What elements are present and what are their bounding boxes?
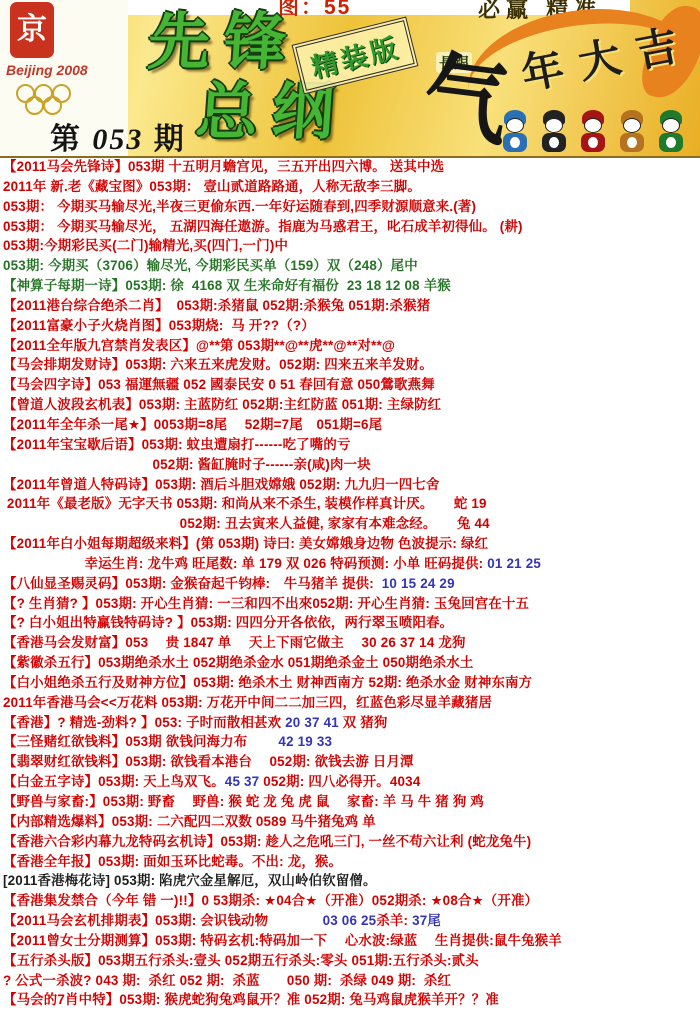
text-line: 【马会四字诗】053 福運無疆 052 國泰民安 0 51 春回有意 050鶯歌… [3, 375, 700, 395]
text-segment: 052期: 四八必得开。4034 [263, 774, 420, 789]
text-segment: 双 猪狗 [339, 715, 388, 730]
text-segment: 20 37 41 [285, 715, 339, 730]
masthead-banner: 京 Beijing 2008 图：55 必赢 精准 先锋 总纲 第 053 期 … [0, 0, 700, 158]
mascot-body [581, 133, 605, 152]
text-segment: 【马会排期发财诗】053期: 六来五来虎发财。052期: 四来五来羊发财。 [3, 357, 433, 372]
text-line: 【2011年宝宝歇后语】053期: 蚊虫遭扇打------吃了嘴的亏 [3, 435, 700, 455]
issue-suffix: 期 [154, 123, 186, 156]
text-segment: 【神算子每期一诗】053期: 徐 4168 双 生来命好有福份 23 18 12… [3, 278, 451, 293]
text-segment: ? 公式一杀波? 043 期: 杀红 052 期: 杀蓝 050 期: 杀绿 0… [3, 973, 451, 988]
text-line: 2011年香港马会<<万花料 053期: 万花开中间二二加三四，红蓝色彩尽显羊藏… [3, 693, 700, 713]
lottery-tip-sheet: 京 Beijing 2008 图：55 必赢 精准 先锋 总纲 第 053 期 … [0, 0, 700, 1017]
text-line: 【2011港台综合绝杀二肖】 053期:杀猪鼠 052期:杀猴兔 051期:杀猴… [3, 296, 700, 316]
text-segment: 【香港集发禁合（今年 错 一)!!】0 53期杀: ★04合★（开准）052期杀… [3, 893, 538, 908]
text-segment: 【五行杀头版】053期五行杀头:壹头 052期五行杀头:零头 051期:五行杀头… [3, 953, 479, 968]
text-line: 052期: 酱缸腌时子------亲(咸)肉一块 [3, 455, 700, 475]
text-line: 2011年《最老版》无字天书 053期: 和尚从来不杀生, 装模作样真计厌。 蛇… [3, 494, 700, 514]
text-segment: 【香港马会发财富】053 贵 1847 单 天上下雨它做主 30 26 37 1… [3, 635, 466, 650]
text-line: 【? 白小姐出特赢钱特码诗? 】053期: 四四分开各依依，两行翠玉喷阳春。 [3, 613, 700, 633]
issue-number: 053 [92, 123, 143, 156]
text-segment: 2011年香港马会<<万花料 053期: 万花开中间二二加三四，红蓝色彩尽显羊藏… [3, 695, 492, 710]
mascot-body [620, 133, 644, 152]
text-segment: 【马会四字诗】053 福運無疆 052 國泰民安 0 51 春回有意 050鶯歌… [3, 377, 435, 392]
text-segment: 杀羊: [376, 913, 412, 928]
text-line: 【香港集发禁合（今年 错 一)!!】0 53期杀: ★04合★（开准）052期杀… [3, 891, 700, 911]
fuwa-orange-mascot [615, 110, 649, 154]
text-segment: 053期:今期彩民买(二门)输精光,买(四门,一门)中 [3, 238, 288, 253]
text-line: 【五行杀头版】053期五行杀头:壹头 052期五行杀头:零头 051期:五行杀头… [3, 951, 700, 971]
text-segment: 053期: 今期买（3706）输尽光, 今期彩民买单（159）双（248）尾中 [3, 258, 418, 273]
text-segment: 【白小姐绝杀五行及财神方位】053期: 绝杀木土 财神西南方 52期: 绝杀水金… [3, 675, 532, 690]
fuwa-blue-mascot [498, 110, 532, 154]
text-segment: 【2011年全年杀一尾★】0053期=8尾 52期=7尾 051期=6尾 [3, 417, 382, 432]
text-segment: 【2011全年版九宫禁肖发表区】@**第 053期**@**虎**@**对**@ [3, 338, 395, 353]
text-line: 【紫徽杀五行】053期绝杀水土 052期绝杀金水 051期绝杀金土 050期绝杀… [3, 653, 700, 673]
text-line: 【2011年全年杀一尾★】0053期=8尾 52期=7尾 051期=6尾 [3, 415, 700, 435]
text-line: 053期： 今期买马输尽光,半夜三更偷东西.一年好运随春到,四季财源顺意来.(著… [3, 197, 700, 217]
text-line: 【2011马会先锋诗】053期 十五明月蟾宫见，三五开出四六博。 送其中选 [3, 157, 700, 177]
text-segment: 【2011曾女士分期测算】053期: 特码玄机:特码加一下 心水波:绿蓝 生肖提… [3, 933, 562, 948]
text-segment: 【三怪赌红欲钱料】053期 欲钱问海力布 [3, 734, 278, 749]
text-line: 【白小姐绝杀五行及财神方位】053期: 绝杀木土 财神西南方 52期: 绝杀水金… [3, 673, 700, 693]
text-line: 【野兽与家畜:】053期: 野畜 野兽: 猴 蛇 龙 兔 虎 鼠 家畜: 羊 马… [3, 792, 700, 812]
text-line: 【内部精选爆料】053期: 二六配四二双数 0589 马牛猪兔鸡 单 [3, 812, 700, 832]
text-line: 【2011富豪小子火烧肖图】053期烧: 马 开??（?） [3, 316, 700, 336]
mascot-body [542, 133, 566, 152]
text-segment: [2011香港梅花诗] 053期: 陷虎穴金星解厄，双山岭伯钦留僧。 [3, 873, 377, 888]
text-segment: 【八仙显圣赐灵码】053期: 金猴奋起千钧棒: 牛马猪羊 提供: [3, 576, 382, 591]
mascot-face [545, 118, 563, 133]
beijing2008-seal-icon: 京 [10, 2, 54, 58]
fuwa-red-mascot [576, 110, 610, 154]
text-segment: 37尾 [412, 913, 441, 928]
masthead-title-line2: 总纲 [194, 82, 350, 144]
tips-text-body: 【2011马会先锋诗】053期 十五明月蟾宫见，三五开出四六博。 送其中选201… [0, 156, 700, 1010]
text-line: 【马会排期发财诗】053期: 六来五来虎发财。052期: 四来五来羊发财。 [3, 355, 700, 375]
text-segment: 【? 生肖猜? 】053期: 开心生肖猜: 一三和四不出來052期: 开心生肖猜… [3, 596, 529, 611]
text-segment: 【香港六合彩内幕九龙特码玄机诗】053期: 趁人之危吼三门, 一丝不苟六让利 (… [3, 834, 531, 849]
text-line: 幸运生肖: 龙牛鸡 旺尾数: 单 179 双 026 特码预测: 小单 旺码提供… [3, 554, 700, 574]
text-segment: 052期: 酱缸腌时子------亲(咸)肉一块 [3, 457, 371, 472]
text-segment: 2011年 新.老《藏宝图》053期： 壹山贰道路路通，人称无敌李三脚。 [3, 179, 421, 194]
mascot-face [584, 118, 602, 133]
fuwa-black-mascot [537, 110, 571, 154]
text-line: 【八仙显圣赐灵码】053期: 金猴奋起千钧棒: 牛马猪羊 提供: 10 15 2… [3, 574, 700, 594]
text-segment: 2011年《最老版》无字天书 053期: 和尚从来不杀生, 装模作样真计厌。 蛇… [3, 496, 487, 511]
text-segment: 01 21 25 [487, 556, 541, 571]
fuwa-mascots-row [498, 110, 688, 154]
text-line: 【? 生肖猜? 】053期: 开心生肖猜: 一三和四不出來052期: 开心生肖猜… [3, 594, 700, 614]
text-line: 【神算子每期一诗】053期: 徐 4168 双 生来命好有福份 23 18 12… [3, 276, 700, 296]
text-line: ? 公式一杀波? 043 期: 杀红 052 期: 杀蓝 050 期: 杀绿 0… [3, 971, 700, 991]
text-line: 【2011马会玄机排期表】053期: 会识钱动物 03 06 25杀羊: 37尾 [3, 911, 700, 931]
mascot-face [662, 118, 680, 133]
text-line: 【2011年白小姐每期超级来料】(第 053期) 诗曰: 美女嫦娥身边物 色波提… [3, 534, 700, 554]
text-line: 052期: 丑去寅来人益健, 家家有本难念经。 兔 44 [3, 514, 700, 534]
text-segment: 052期: 丑去寅来人益健, 家家有本难念经。 兔 44 [3, 516, 490, 531]
masthead-title-line1: 先锋 [146, 12, 302, 74]
text-line: 【香港全年报】053期: 面如玉环比蛇毒。不出: 龙，猴。 [3, 852, 700, 872]
text-segment: 【香港全年报】053期: 面如玉环比蛇毒。不出: 龙，猴。 [3, 854, 342, 869]
text-segment: 【2011马会先锋诗】053期 十五明月蟾宫见，三五开出四六博。 送其中选 [3, 159, 444, 174]
text-segment: 【2011年白小姐每期超级来料】(第 053期) 诗曰: 美女嫦娥身边物 色波提… [3, 536, 488, 551]
text-line: 【曾道人波段玄机表】053期: 主蓝防红 052期:主红防蓝 051期: 主绿防… [3, 395, 700, 415]
text-line: 053期:今期彩民买(二门)输精光,买(四门,一门)中 [3, 236, 700, 256]
text-line: 【2011全年版九宫禁肖发表区】@**第 053期**@**虎**@**对**@ [3, 336, 700, 356]
deluxe-edition-stamp: 精装版 [292, 16, 419, 94]
text-segment: 【翡翠财红欲钱料】053期: 欲钱看本港台 052期: 欲钱去游 日月潭 [3, 754, 414, 769]
olympic-ring [25, 96, 44, 115]
text-line: 【三怪赌红欲钱料】053期 欲钱问海力布 42 19 33 [3, 732, 700, 752]
text-line: 053期: 今期买（3706）输尽光, 今期彩民买单（159）双（248）尾中 [3, 256, 700, 276]
text-line: 2011年 新.老《藏宝图》053期： 壹山贰道路路通，人称无敌李三脚。 [3, 177, 700, 197]
text-segment: 【2011马会玄机排期表】053期: 会识钱动物 [3, 913, 323, 928]
text-segment: 【? 白小姐出特赢钱特码诗? 】053期: 四四分开各依依，两行翠玉喷阳春。 [3, 615, 453, 630]
text-segment: 45 37 [225, 774, 263, 789]
mascot-face [506, 118, 524, 133]
text-segment: 【2011年曾道人特码诗】053期: 酒后斗胆戏嫦娥 052期: 九九归一四七舍 [3, 477, 440, 492]
fuwa-green-mascot [654, 110, 688, 154]
text-line: 【翡翠财红欲钱料】053期: 欲钱看本港台 052期: 欲钱去游 日月潭 [3, 752, 700, 772]
text-segment: 【内部精选爆料】053期: 二六配四二双数 0589 马牛猪兔鸡 单 [3, 814, 376, 829]
olympic-rings-icon [16, 84, 106, 118]
text-line: [2011香港梅花诗] 053期: 陷虎穴金星解厄，双山岭伯钦留僧。 [3, 871, 700, 891]
text-line: 053期： 今期买马输尽光， 五湖四海任遨游。指鹿为马惑君王，叱石成羊初得仙。 … [3, 217, 700, 237]
text-line: 【香港六合彩内幕九龙特码玄机诗】053期: 趁人之危吼三门, 一丝不苟六让利 (… [3, 832, 700, 852]
text-segment: 【马会的7肖中特】053期: 猴虎蛇狗兔鸡鼠开？准 052期: 兔马鸡鼠虎猴羊开… [3, 992, 499, 1007]
text-line: 【马会的7肖中特】053期: 猴虎蛇狗兔鸡鼠开？准 052期: 兔马鸡鼠虎猴羊开… [3, 990, 700, 1010]
text-segment: 10 15 24 29 [382, 576, 455, 591]
text-segment: 053期： 今期买马输尽光,半夜三更偷东西.一年好运随春到,四季财源顺意来.(著… [3, 199, 476, 214]
text-segment: 【紫徽杀五行】053期绝杀水土 052期绝杀金水 051期绝杀金土 050期绝杀… [3, 655, 473, 670]
text-segment: 幸运生肖: 龙牛鸡 旺尾数: 单 179 双 026 特码预测: 小单 旺码提供… [3, 556, 487, 571]
issue-prefix: 第 [50, 123, 82, 156]
mascot-face [623, 118, 641, 133]
text-line: 【2011曾女士分期测算】053期: 特码玄机:特码加一下 心水波:绿蓝 生肖提… [3, 931, 700, 951]
text-segment: 053期： 今期买马输尽光， 五湖四海任遨游。指鹿为马惑君王，叱石成羊初得仙。 … [3, 219, 523, 234]
text-segment: 【曾道人波段玄机表】053期: 主蓝防红 052期:主红防蓝 051期: 主绿防… [3, 397, 441, 412]
text-segment: 【白金五字诗】053期: 天上鸟双飞。 [3, 774, 225, 789]
text-segment: 【野兽与家畜:】053期: 野畜 野兽: 猴 蛇 龙 兔 虎 鼠 家畜: 羊 马… [3, 794, 484, 809]
text-segment: 【2011港台综合绝杀二肖】 053期:杀猪鼠 052期:杀猴兔 051期:杀猴… [3, 298, 430, 313]
text-segment: 03 06 25 [323, 913, 377, 928]
text-line: 【香港】? 精选-劲料? 】053: 子时而散相甚欢 20 37 41 双 猪狗 [3, 713, 700, 733]
text-line: 【2011年曾道人特码诗】053期: 酒后斗胆戏嫦娥 052期: 九九归一四七舍 [3, 475, 700, 495]
olympic-ring [43, 96, 62, 115]
text-segment: 【香港】? 精选-劲料? 】053: 子时而散相甚欢 [3, 715, 285, 730]
text-segment: 42 19 33 [278, 734, 332, 749]
mascot-body [659, 133, 683, 152]
text-line: 【白金五字诗】053期: 天上鸟双飞。45 37 052期: 四八必得开。403… [3, 772, 700, 792]
text-segment: 【2011年宝宝歇后语】053期: 蚊虫遭扇打------吃了嘴的亏 [3, 437, 351, 452]
mascot-body [503, 133, 527, 152]
issue-number-label: 第 053 期 [50, 114, 186, 158]
beijing2008-wordmark: Beijing 2008 [6, 62, 122, 78]
text-line: 【香港马会发财富】053 贵 1847 单 天上下雨它做主 30 26 37 1… [3, 633, 700, 653]
text-segment: 【2011富豪小子火烧肖图】053期烧: 马 开??（?） [3, 318, 315, 333]
